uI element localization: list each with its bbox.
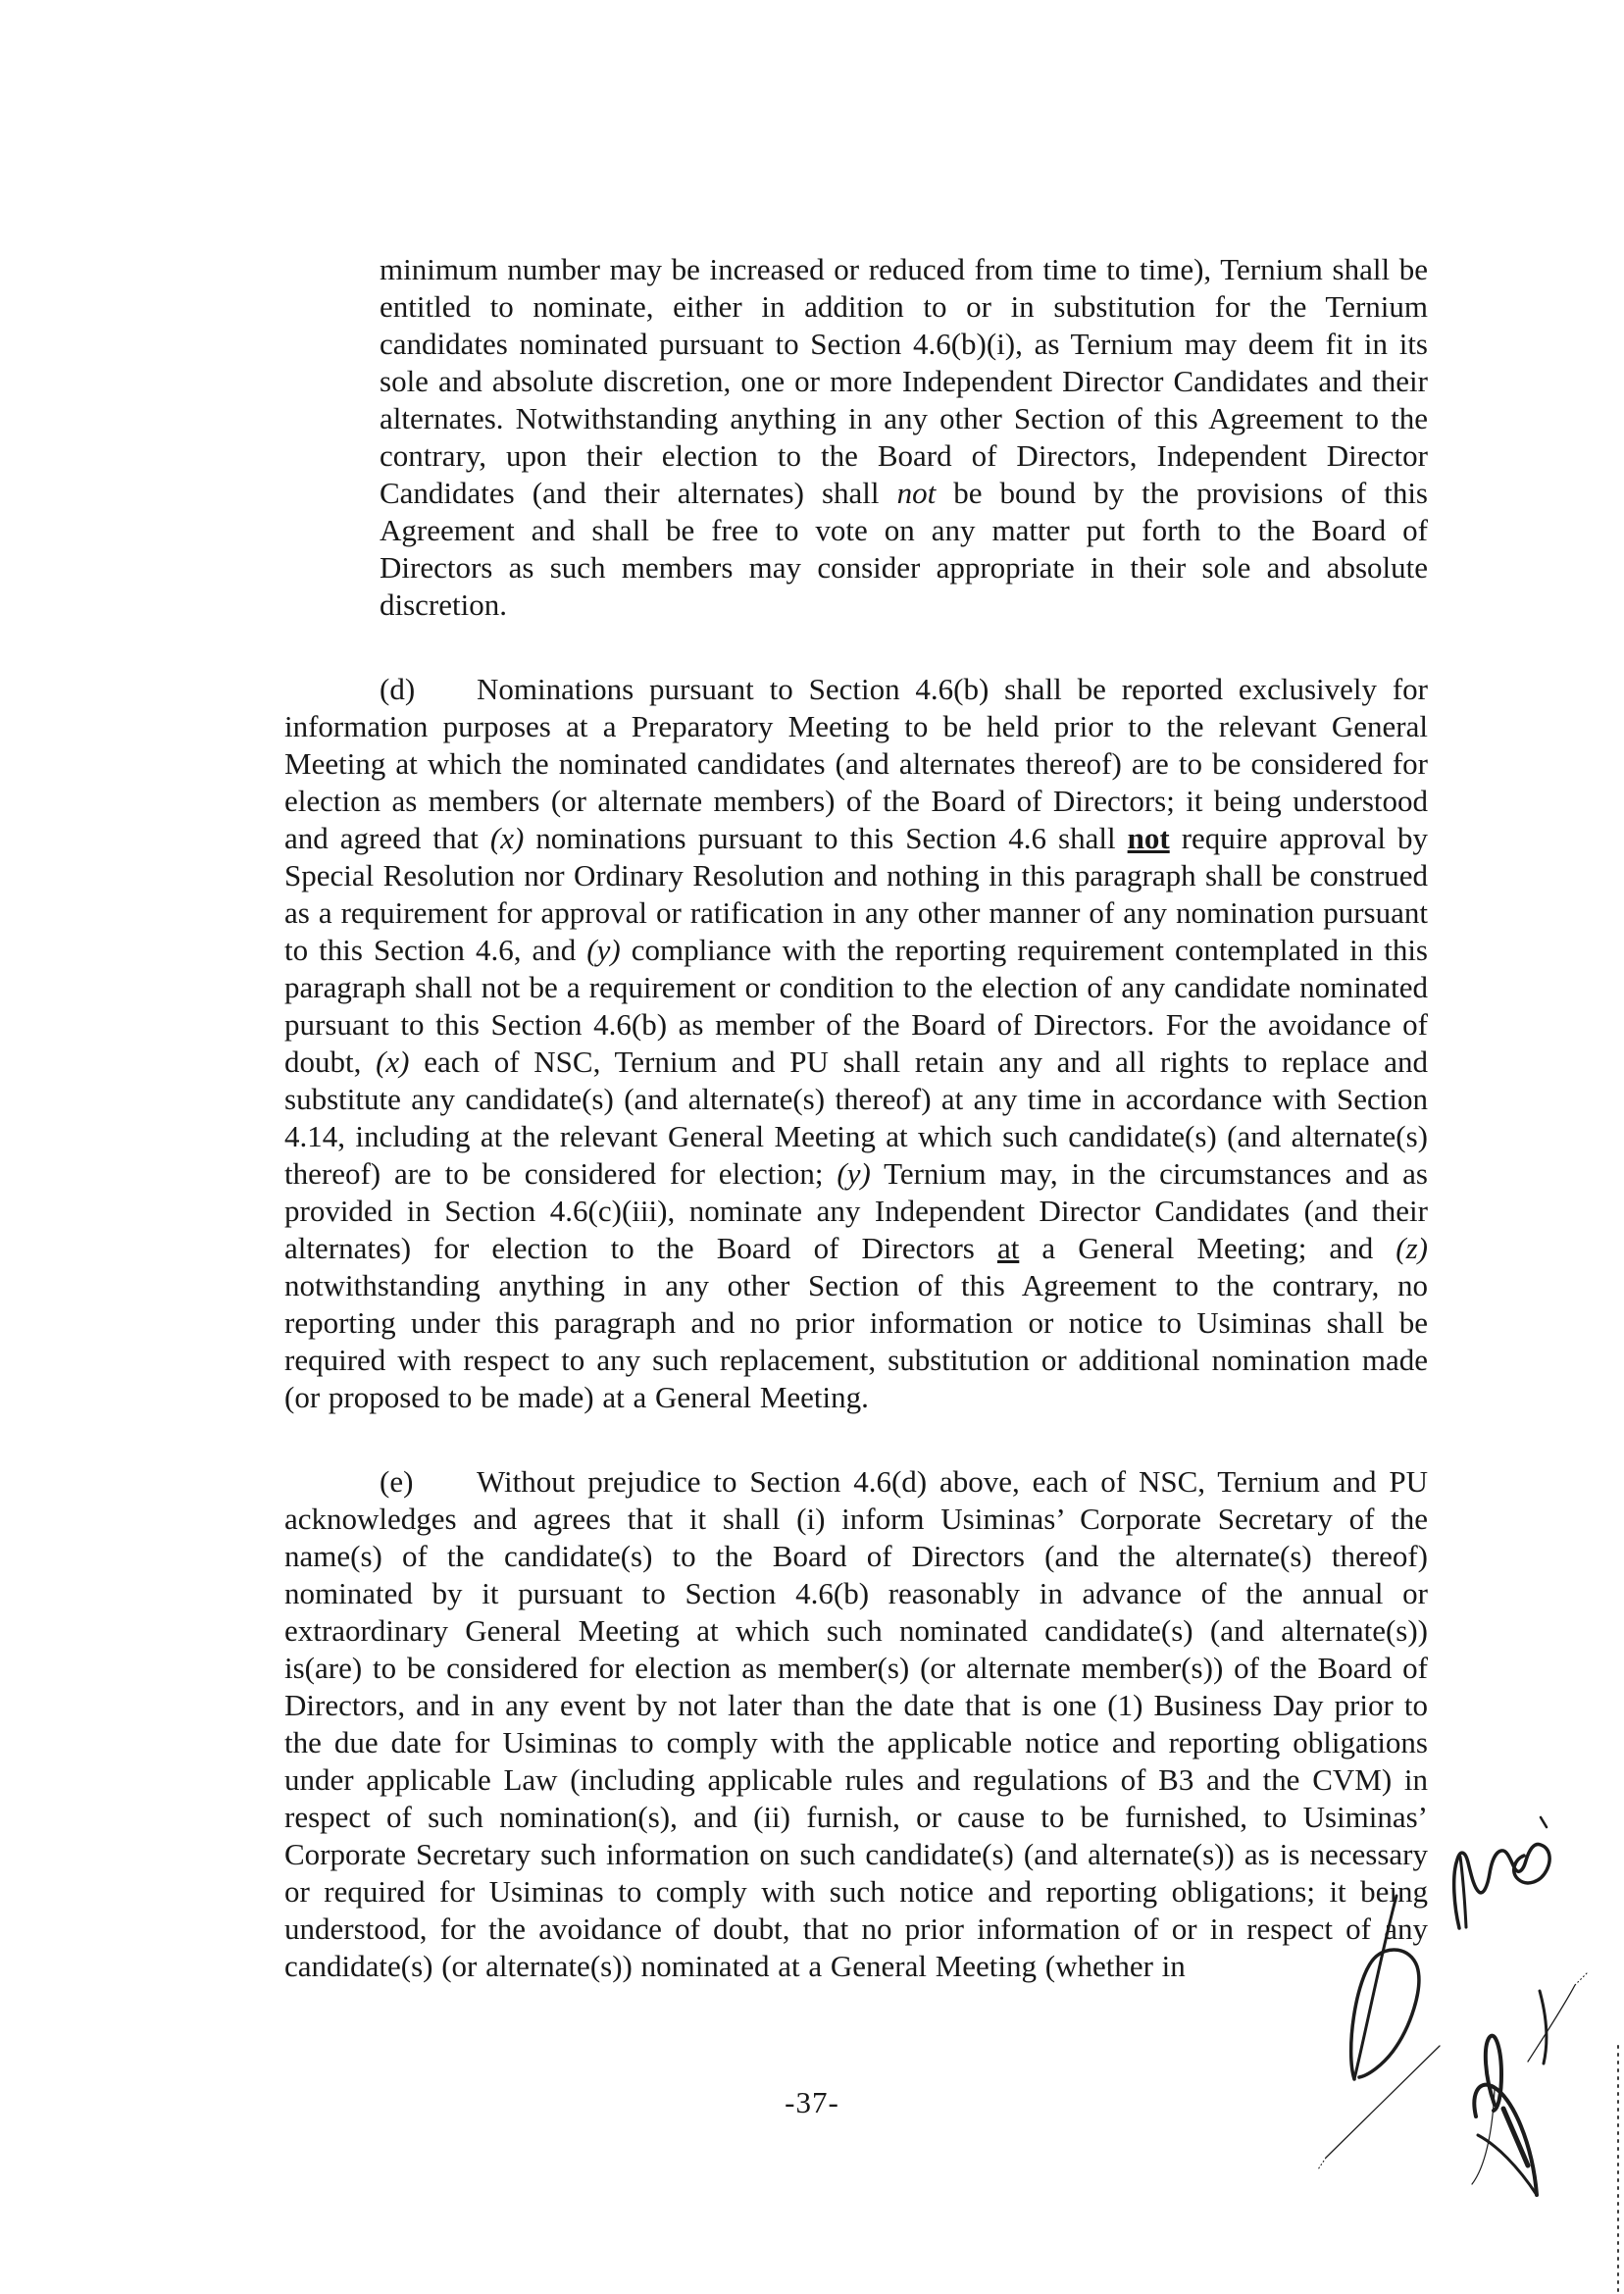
page-number: -37-: [0, 2085, 1624, 2120]
text-segment: at: [997, 1231, 1019, 1265]
pen-dash: [1541, 1817, 1547, 1827]
text-segment: Without prejudice to Section 4.6(d) abov…: [284, 1464, 1428, 1983]
paragraph-label: (e): [380, 1463, 477, 1501]
text-segment: (y): [837, 1156, 870, 1191]
text-segment: (y): [586, 933, 620, 967]
text-segment: nominations pursuant to this Section 4.6…: [524, 821, 1127, 855]
text-segment: not: [1128, 821, 1170, 855]
paragraph-e: (e)Without prejudice to Section 4.6(d) a…: [284, 1463, 1428, 1985]
text-segment: (x): [490, 821, 524, 855]
text-segment: (z): [1396, 1231, 1428, 1265]
text-segment: not: [897, 476, 937, 510]
text-segment: (x): [376, 1045, 409, 1079]
initials-scribble: [1454, 1844, 1549, 1928]
x-mark-scribble: [1528, 1973, 1587, 2064]
text-segment: notwithstanding anything in any other Se…: [284, 1268, 1428, 1414]
paragraph-label: (d): [380, 671, 477, 708]
text-segment: a General Meeting; and: [1019, 1231, 1396, 1265]
paragraph-d: (d)Nominations pursuant to Section 4.6(b…: [284, 671, 1428, 1416]
text-segment: minimum number may be increased or reduc…: [380, 252, 1428, 510]
paragraph-continuation: minimum number may be increased or reduc…: [380, 251, 1428, 624]
document-body: minimum number may be increased or reduc…: [284, 251, 1428, 2032]
document-page: minimum number may be increased or reduc…: [0, 0, 1624, 2294]
